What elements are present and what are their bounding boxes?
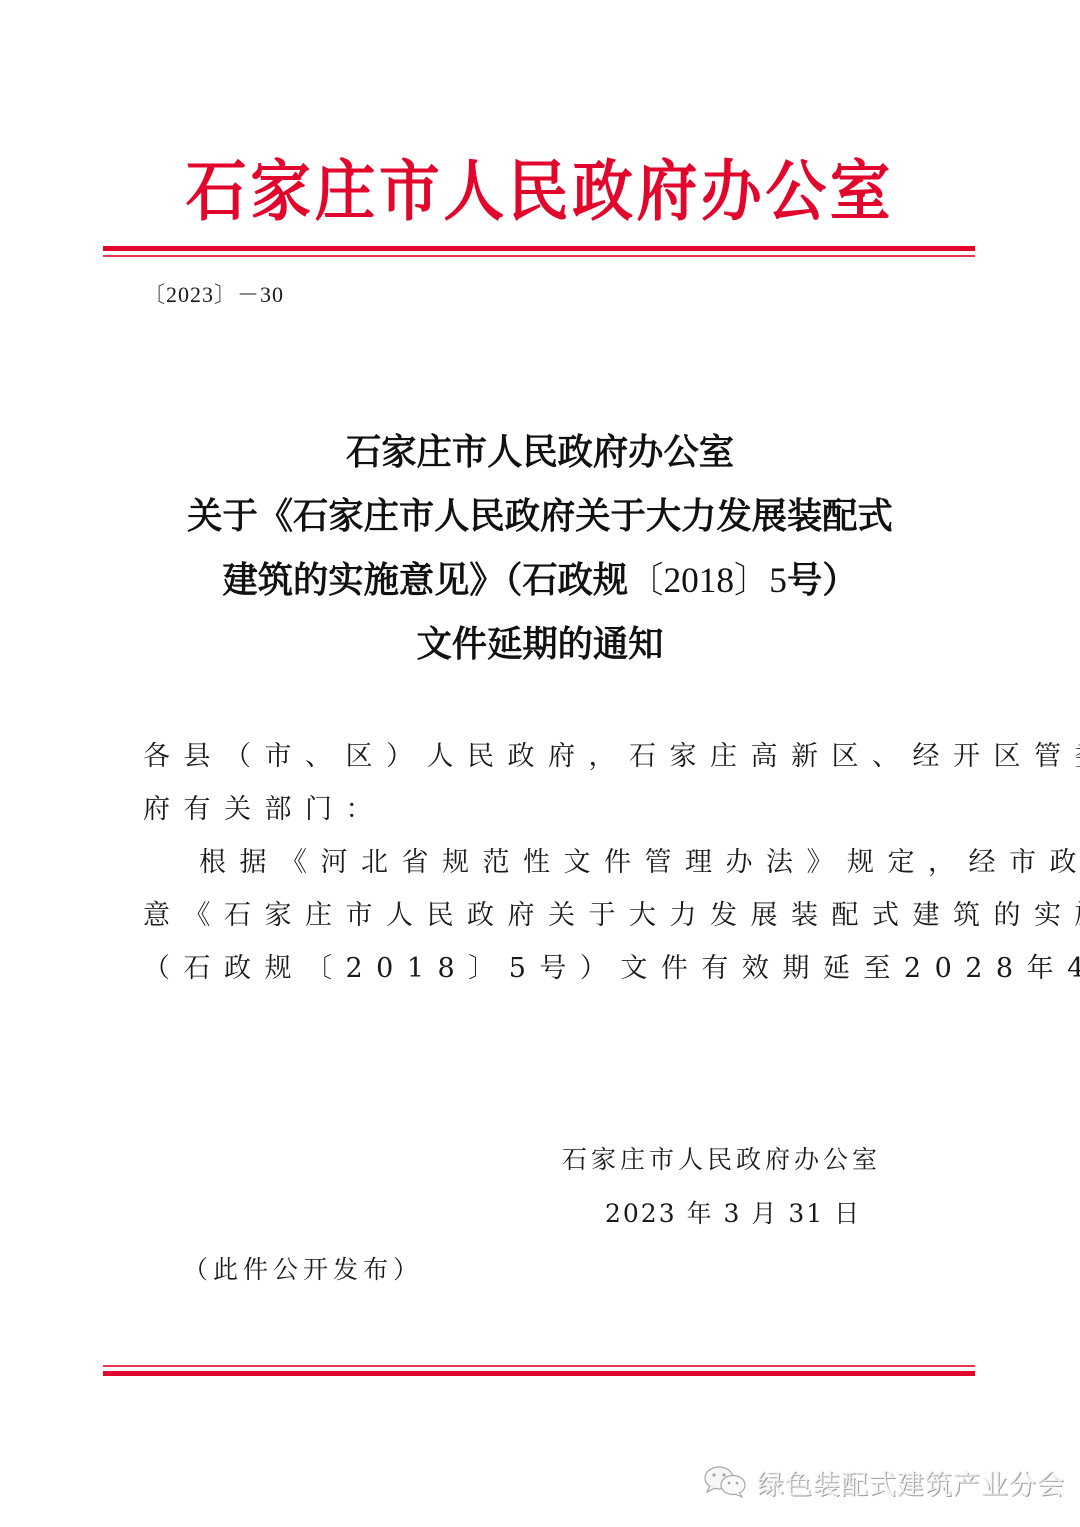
addressee-line-2: 府有关部门：: [143, 783, 943, 836]
wechat-icon: [703, 1465, 747, 1499]
body-line-2: 意《石家庄市人民政府关于大力发展装配式建筑的实施意见》: [143, 889, 943, 942]
document-title: 石家庄市人民政府办公室 关于《石家庄市人民政府关于大力发展装配式 建筑的实施意见…: [0, 420, 1080, 676]
title-line-3-suffix: 号）: [787, 559, 858, 601]
title-line-1: 石家庄市人民政府办公室: [11, 420, 1069, 484]
masthead-title: 石家庄市人民政府办公室: [43, 146, 1037, 236]
title-line-2: 关于《石家庄市人民政府关于大力发展装配式: [11, 484, 1069, 548]
masthead-rule-thick: [103, 246, 975, 251]
watermark: 绿色装配式建筑产业分会: [703, 1462, 1065, 1502]
title-line-3-prefix: 建筑的实施意见》（石政规: [222, 559, 628, 601]
body-line-3: （石政规〔2018〕5号）文件有效期延至2028年4月2日。: [143, 942, 943, 995]
public-release-note: （此件公开发布）: [183, 1250, 423, 1290]
body-line-1: 根据《河北省规范性文件管理办法》规定，经市政府研究同: [143, 836, 943, 889]
footer-rule-thin: [103, 1365, 975, 1367]
signature-date: 2023 年 3 月 31 日: [605, 1194, 861, 1234]
title-line-3: 建筑的实施意见》（石政规〔2018〕5号）: [11, 548, 1069, 612]
watermark-text: 绿色装配式建筑产业分会: [757, 1463, 1065, 1502]
document-number: 〔2023〕－30: [143, 280, 284, 310]
title-line-4: 文件延期的通知: [11, 612, 1069, 676]
document-body: 各县（市、区）人民政府，石家庄高新区、经开区管委会，市政 府有关部门： 根据《河…: [143, 730, 943, 995]
masthead-rule-thin: [103, 255, 975, 257]
signature-office: 石家庄市人民政府办公室: [562, 1140, 881, 1180]
addressee-line-1: 各县（市、区）人民政府，石家庄高新区、经开区管委会，市政: [143, 730, 943, 783]
footer-rule-thick: [103, 1371, 975, 1376]
title-line-3-number: 〔2018〕5: [628, 560, 787, 600]
